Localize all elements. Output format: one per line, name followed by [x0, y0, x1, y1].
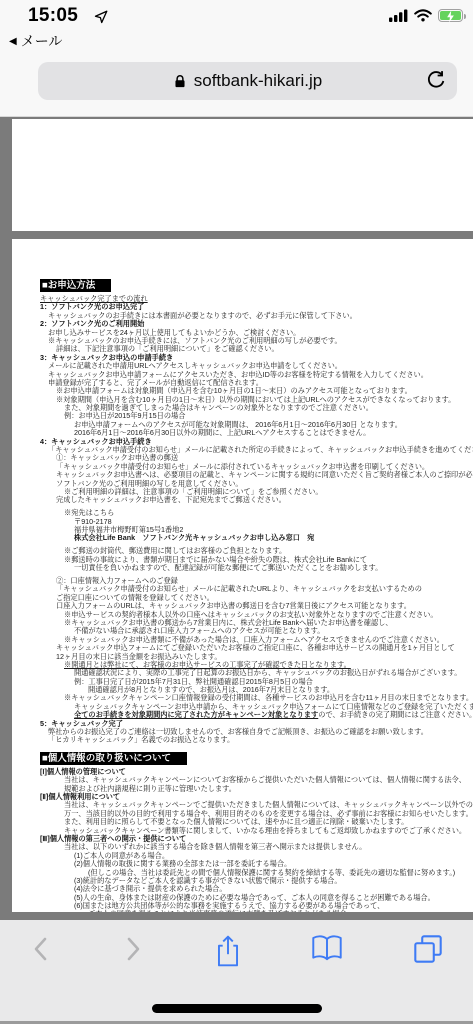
lock-icon — [173, 73, 187, 89]
address-domain: softbank-hikari.jp — [194, 71, 323, 91]
share-button[interactable] — [212, 932, 244, 973]
back-to-app-chevron-icon: ◀ — [9, 36, 17, 47]
back-chevron-icon — [30, 934, 52, 964]
tabs-icon — [413, 934, 443, 964]
back-to-app-label: メール — [21, 31, 63, 51]
reload-icon — [425, 70, 447, 92]
home-indicator[interactable] — [152, 1004, 322, 1013]
document-line: 株式会社Life Bank ソフトバンク光キャッシュバックお申し込み窓口 宛 — [12, 534, 473, 542]
section-header: ■お申込方法 — [40, 279, 111, 292]
back-to-app-button[interactable]: ◀ メール — [9, 31, 62, 51]
tabs-button[interactable] — [411, 932, 445, 969]
bookmarks-button[interactable] — [309, 932, 345, 967]
forward-chevron-icon — [122, 934, 144, 964]
share-icon — [214, 934, 242, 968]
browser-top-chrome: 15:05 — [0, 0, 473, 117]
lightning-bolt-icon — [445, 10, 456, 23]
battery-charging-icon — [438, 9, 463, 22]
document-page-main: ■お申込方法キャッシュバック完了までの流れ1：ソフトバンク光のお申込完了キャッシ… — [12, 239, 473, 912]
status-time: 15:05 — [28, 5, 78, 27]
back-button[interactable] — [28, 932, 54, 969]
book-icon — [311, 934, 343, 962]
address-bar[interactable]: softbank-hikari.jp — [38, 62, 457, 100]
status-bar: 15:05 — [0, 0, 473, 32]
document-line: 完成したキャッシュバックお申込書を、下記宛先までご郵送ください。 — [12, 496, 473, 504]
document-line: ご本人の同意を得ることにより当該事務の遂行に支障を及ぼすおそれがある場合。 — [12, 910, 473, 912]
reload-button[interactable] — [425, 70, 447, 92]
wifi-icon — [414, 9, 432, 22]
forward-button[interactable] — [120, 932, 146, 969]
location-icon — [93, 9, 109, 25]
signal-icon — [389, 9, 408, 22]
section-header: ■個人情報の取り扱いについて — [40, 752, 187, 765]
document-line: 一切責任を負いかねますので、配達記録が可能な郵便にてご郵送いただくことをお勧めし… — [12, 564, 473, 572]
iphone-screen: 15:05 — [0, 0, 473, 1024]
status-right-icons — [389, 9, 463, 22]
document-page-top — [12, 119, 473, 231]
web-content-area[interactable]: ■お申込方法キャッシュバック完了までの流れ1：ソフトバンク光のお申込完了キャッシ… — [0, 117, 473, 920]
document-line: 「ヒカリキャッシュバック」名義でのお振込となります。 — [12, 736, 473, 744]
